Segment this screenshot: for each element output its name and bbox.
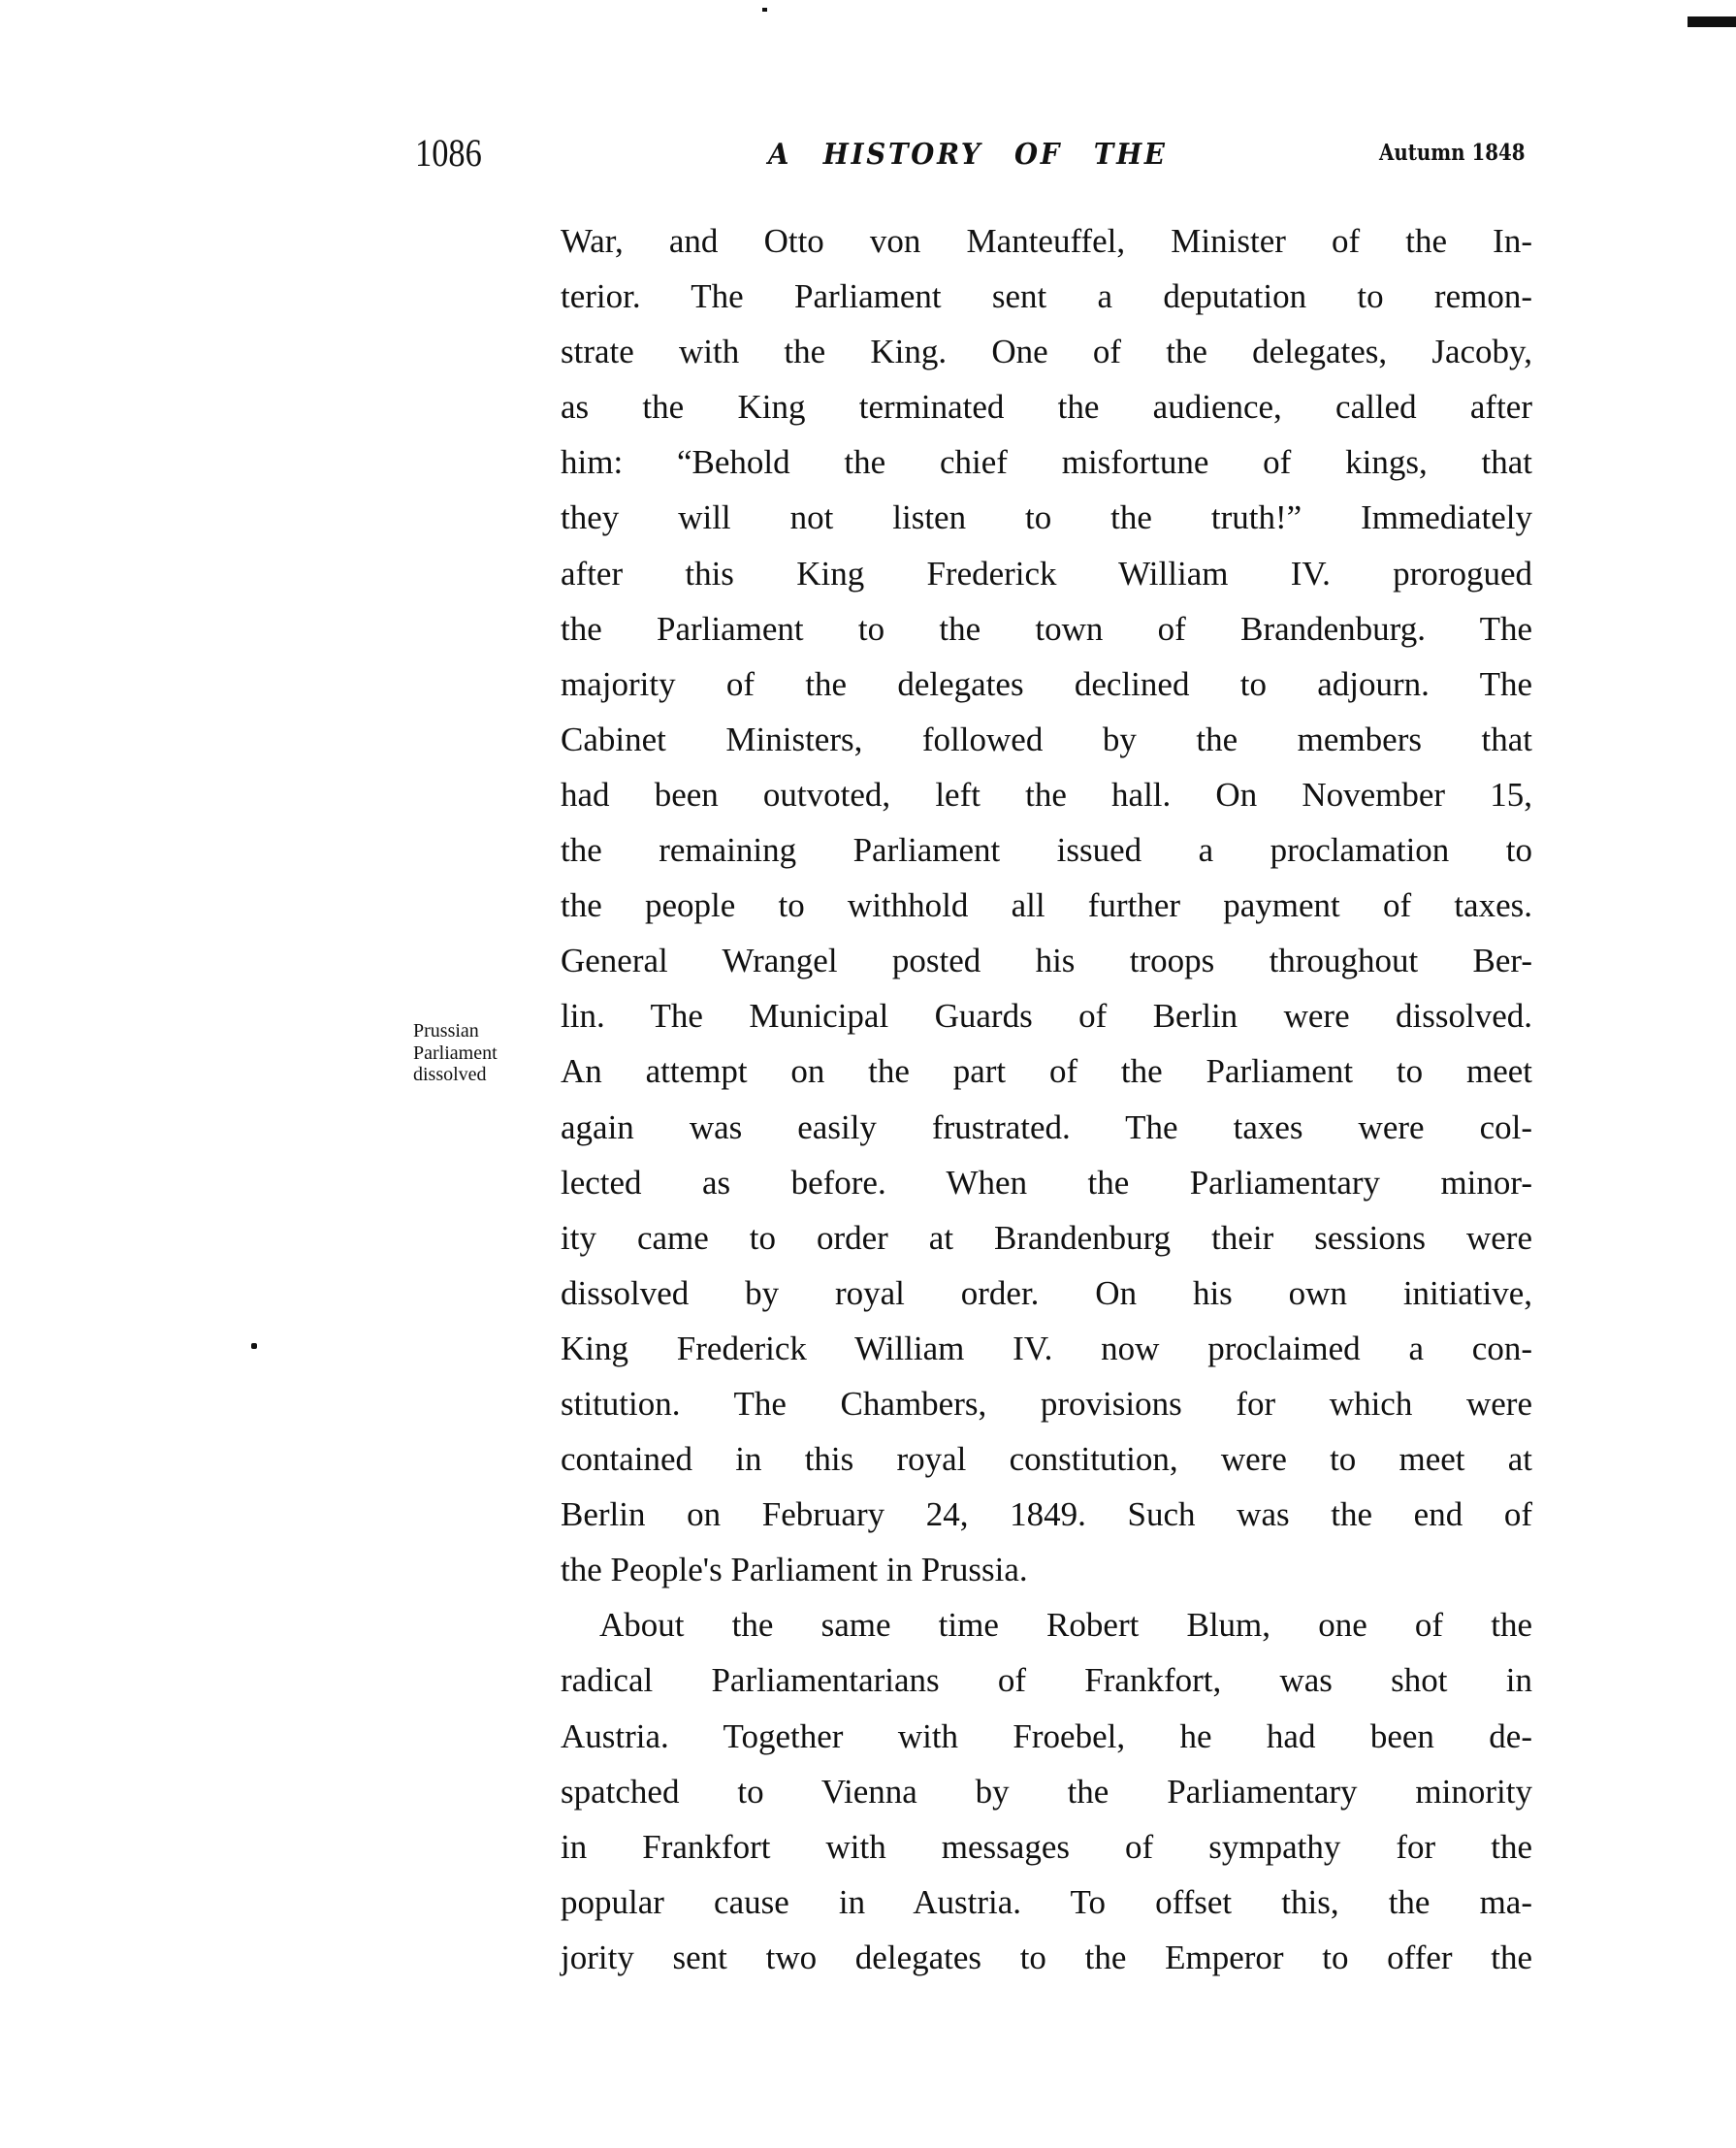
text-line: they will not listen to the truth!” Imme…	[561, 490, 1532, 545]
scan-speck-mark	[762, 8, 767, 12]
text-line: popular cause in Austria. To offset this…	[561, 1875, 1532, 1930]
text-line: dissolved by royal order. On his own ini…	[561, 1266, 1532, 1321]
text-line: An attempt on the part of the Parliament…	[561, 1043, 1532, 1099]
text-line: radical Parliamentarians of Frankfort, w…	[561, 1652, 1532, 1708]
text-line: the remaining Parliament issued a procla…	[561, 822, 1532, 878]
text-line: him: “Behold the chief misfortune of kin…	[561, 434, 1532, 490]
text-line: spatched to Vienna by the Parliamentary …	[561, 1764, 1532, 1819]
text-line: Cabinet Ministers, followed by the membe…	[561, 712, 1532, 767]
text-line: ity came to order at Brandenburg their s…	[561, 1210, 1532, 1266]
text-line: lin. The Municipal Guards of Berlin were…	[561, 988, 1532, 1043]
text-line: General Wrangel posted his troops throug…	[561, 933, 1532, 988]
text-line: Austria. Together with Froebel, he had b…	[561, 1709, 1532, 1764]
text-line: Berlin on February 24, 1849. Such was th…	[561, 1487, 1532, 1542]
margin-sidenote: Prussian Parliament dissolved	[413, 1020, 498, 1086]
scan-edge-bar-mark	[1688, 16, 1736, 27]
text-line: after this King Frederick William IV. pr…	[561, 546, 1532, 601]
text-line: terior. The Parliament sent a deputation…	[561, 269, 1532, 324]
text-line: contained in this royal constitution, we…	[561, 1431, 1532, 1487]
text-line: as the King terminated the audience, cal…	[561, 379, 1532, 434]
book-page: 1086 A HISTORY OF THE Autumn 1848 Prussi…	[0, 0, 1736, 2148]
paragraph-2: About the same time Robert Blum, one of …	[561, 1597, 1532, 1985]
scan-dot-mark	[251, 1343, 257, 1349]
text-line: stitution. The Chambers, provisions for …	[561, 1376, 1532, 1431]
text-line: the Parliament to the town of Brandenbur…	[561, 601, 1532, 657]
text-line: the People's Parliament in Prussia.	[561, 1542, 1532, 1597]
sidenote-line: Parliament	[413, 1042, 498, 1065]
text-line: lected as before. When the Parliamentary…	[561, 1155, 1532, 1210]
text-line: War, and Otto von Manteuffel, Minister o…	[561, 213, 1532, 269]
text-line: About the same time Robert Blum, one of …	[561, 1597, 1532, 1652]
running-title: A HISTORY OF THE	[768, 138, 1168, 173]
text-line: had been outvoted, left the hall. On Nov…	[561, 767, 1532, 822]
running-header: 1086 A HISTORY OF THE Autumn 1848	[0, 128, 1736, 176]
running-date: Autumn 1848	[1379, 139, 1526, 168]
text-line: King Frederick William IV. now proclaime…	[561, 1321, 1532, 1376]
text-line: the people to withhold all further payme…	[561, 878, 1532, 933]
body-text: War, and Otto von Manteuffel, Minister o…	[561, 213, 1532, 1985]
text-line: strate with the King. One of the delegat…	[561, 324, 1532, 379]
text-line: majority of the delegates declined to ad…	[561, 657, 1532, 712]
sidenote-line: dissolved	[413, 1064, 498, 1086]
page-number: 1086	[415, 132, 482, 175]
text-line: again was easily frustrated. The taxes w…	[561, 1100, 1532, 1155]
text-line: in Frankfort with messages of sympathy f…	[561, 1819, 1532, 1875]
text-line: jority sent two delegates to the Emperor…	[561, 1930, 1532, 1985]
sidenote-line: Prussian	[413, 1020, 498, 1042]
paragraph-1: War, and Otto von Manteuffel, Minister o…	[561, 213, 1532, 1597]
